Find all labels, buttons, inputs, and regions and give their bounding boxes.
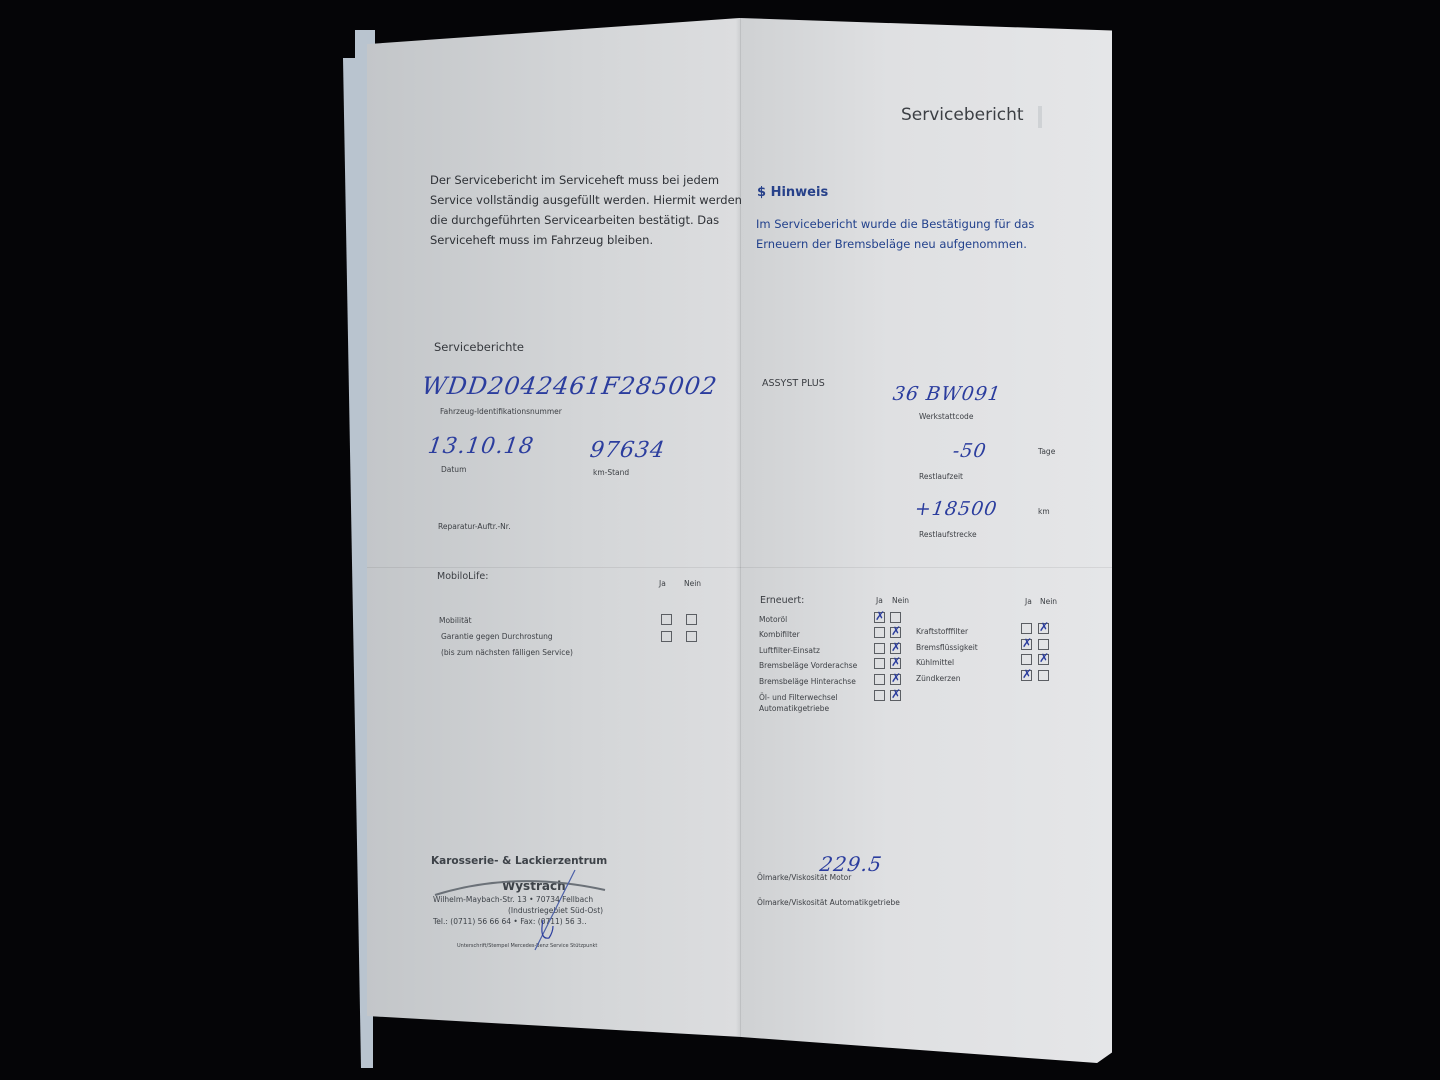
renewed-yes-checkbox[interactable] [1021,623,1032,634]
title-divider [1038,106,1042,128]
remaining-time-value: -50 [951,440,988,462]
renewed-no-checkbox[interactable] [890,643,901,654]
remaining-time-label: Restlaufzeit [919,472,963,481]
renewed-yes-checkbox[interactable] [874,658,885,669]
engine-oil-label: Ölmarke/Viskosität Motor [757,873,851,882]
workshop-code-value: 36 BW091 [891,383,1002,405]
mobility-no-checkbox[interactable] [686,614,697,625]
vin-label: Fahrzeug-Identifikationsnummer [440,407,562,416]
renewed-col-yes-left: Ja [876,596,883,605]
renewed-yes-checkbox[interactable] [874,627,885,638]
renewed-no-checkbox[interactable] [890,674,901,685]
transmission-oil-label: Ölmarke/Viskosität Automatikgetriebe [757,898,900,907]
notice-line: Erneuern der Bremsbeläge neu aufgenommen… [756,234,1034,254]
renewed-item-label: Kühlmittel [916,658,954,667]
mileage-value: 97634 [588,438,667,463]
mobilolife-title: MobiloLife: [437,571,488,582]
intro-line: Der Servicebericht im Serviceheft muss b… [430,170,742,190]
date-label: Datum [441,465,466,474]
assyst-title: ASSYST PLUS [762,378,825,389]
renewed-no-checkbox[interactable] [1038,654,1049,665]
renewed-col-no-right: Nein [1040,597,1057,606]
mobilolife-note: (bis zum nächsten fälligen Service) [441,648,573,657]
notice-text: Im Servicebericht wurde die Bestätigung … [756,214,1034,254]
remaining-distance-unit: km [1038,507,1050,516]
mobility-yes-checkbox[interactable] [661,614,672,625]
renewed-col-no-left: Nein [892,596,909,605]
renewed-item-label: Bremsflüssigkeit [916,643,978,652]
date-value: 13.10.18 [426,434,535,459]
renewed-item-label: Öl- und FilterwechselAutomatikgetriebe [759,693,838,713]
renewed-no-checkbox[interactable] [890,627,901,638]
renewed-item-label-line: Automatikgetriebe [759,704,838,713]
renewed-no-checkbox[interactable] [1038,670,1049,681]
page-title: Servicebericht [901,105,1024,125]
repair-order-label: Reparatur-Auftr.-Nr. [438,522,511,531]
horizontal-fold [367,567,1112,568]
renewed-item-label: Kombifilter [759,630,800,639]
renewed-col-yes-right: Ja [1025,597,1032,606]
renewed-yes-checkbox[interactable] [1021,670,1032,681]
remaining-distance-value: +18500 [913,498,998,520]
renewed-item-label: Bremsbeläge Vorderachse [759,661,857,670]
renewed-no-checkbox[interactable] [890,612,901,623]
remaining-distance-label: Restlaufstrecke [919,530,977,539]
rust-warranty-yes-checkbox[interactable] [661,631,672,642]
rust-warranty-label: Garantie gegen Durchrostung [441,632,553,641]
renewed-item-label-line: Öl- und Filterwechsel [759,693,838,702]
renewed-yes-checkbox[interactable] [1021,654,1032,665]
renewed-item-label: Bremsbeläge Hinterachse [759,677,856,686]
mobility-label: Mobilität [439,616,472,625]
renewed-no-checkbox[interactable] [890,658,901,669]
renewed-no-checkbox[interactable] [890,690,901,701]
vin-value: WDD2042461F285002 [420,372,719,400]
workshop-code-label: Werkstattcode [919,412,973,421]
renewed-yes-checkbox[interactable] [874,674,885,685]
renewed-item-label: Motoröl [759,615,787,624]
renewed-yes-checkbox[interactable] [1021,639,1032,650]
intro-line: Serviceheft muss im Fahrzeug bleiben. [430,230,742,250]
mileage-label: km-Stand [593,468,629,477]
renewed-item-label: Zündkerzen [916,674,960,683]
notice-heading: $ Hinweis [757,185,828,200]
intro-line: die durchgeführten Servicearbeiten bestä… [430,210,742,230]
remaining-time-unit: Tage [1038,447,1055,456]
renewed-yes-checkbox[interactable] [874,643,885,654]
mobilolife-col-yes: Ja [659,579,666,588]
intro-text: Der Servicebericht im Serviceheft muss b… [430,170,742,250]
rust-warranty-no-checkbox[interactable] [686,631,697,642]
renewed-no-checkbox[interactable] [1038,639,1049,650]
notice-title: Hinweis [771,185,829,200]
info-s-icon: $ [757,185,766,200]
intro-line: Service vollständig ausgefüllt werden. H… [430,190,742,210]
renewed-title: Erneuert: [760,595,804,606]
renewed-no-checkbox[interactable] [1038,623,1049,634]
service-reports-title: Serviceberichte [434,340,524,354]
renewed-yes-checkbox[interactable] [874,690,885,701]
mobilolife-col-no: Nein [684,579,701,588]
signature-stroke [425,860,625,960]
renewed-yes-checkbox[interactable] [874,612,885,623]
notice-line: Im Servicebericht wurde die Bestätigung … [756,214,1034,234]
renewed-item-label: Luftfilter-Einsatz [759,646,820,655]
renewed-item-label: Kraftstofffilter [916,627,968,636]
